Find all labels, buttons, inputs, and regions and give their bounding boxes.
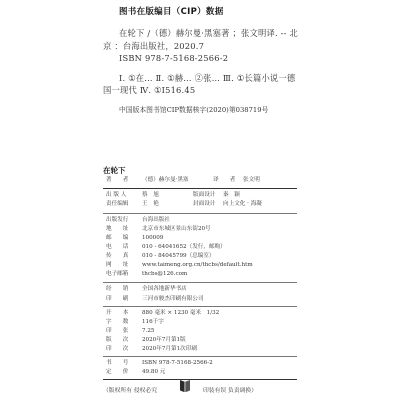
phone-label: 电 话 xyxy=(106,243,142,252)
cip-core-number: 中国版本图书馆CIP数据核字(2020)第038719号 xyxy=(119,104,268,114)
printing-value: 2020年7月第1次印刷 xyxy=(142,345,197,354)
distributor-row: 经 销全国各地新华书店 xyxy=(106,285,187,294)
distributor-value: 全国各地新华书店 xyxy=(142,285,187,294)
price-row: 定 价49.80 元 xyxy=(106,368,165,377)
address-label: 地 址 xyxy=(106,225,142,234)
address-row: 地 址北京市东城区景山东街20号 xyxy=(106,225,211,234)
editor-value: 王 艳 xyxy=(142,200,159,209)
isbn-label: 书 号 xyxy=(106,359,142,368)
price-label: 定 价 xyxy=(106,368,142,377)
translator-label: 译 者 xyxy=(213,176,243,185)
publishing-row: 出版发行台海出版社 xyxy=(106,216,170,225)
cover-design-label: 封面设计 xyxy=(193,200,223,209)
staff-row-1: 出 版 人蔡 旭 版面设计秦 颖 xyxy=(106,191,159,200)
word-count-row: 字 数116千字 xyxy=(106,318,164,327)
cip-classification-line-1: Ⅰ. ①在… Ⅱ. ①赫… ②张… Ⅲ. ①长篇小说一德 xyxy=(119,72,295,84)
sheets-row: 印 张7.25 xyxy=(106,327,154,336)
editor-label: 责任编辑 xyxy=(106,200,142,209)
email-link[interactable]: thcbs@126.com xyxy=(142,270,187,279)
fax-row: 传 真010 - 84045799（总编室） xyxy=(106,252,215,261)
postcode-row: 邮 编100009 xyxy=(106,234,163,243)
misprint-notice: 印装有误 负责调换） xyxy=(203,385,257,394)
divider-4 xyxy=(103,356,297,357)
isbn-value: ISBN 978-7-5168-2566-2 xyxy=(142,359,213,368)
email-row: 电子邮箱thcbs@126.com xyxy=(106,270,187,279)
edition-value: 2020年7月第1版 xyxy=(142,336,186,345)
printer-label: 印 刷 xyxy=(106,295,142,304)
printer-row: 印 刷三河市骏杰印刷有限公司 xyxy=(106,295,204,304)
staff-row-2: 责任编辑王 艳 封面设计向上文化 · 海凝 xyxy=(106,200,159,209)
cip-classification-line-2: 国一现代 Ⅳ. ①I516.45 xyxy=(103,84,195,96)
format-label: 开 本 xyxy=(106,309,142,318)
author-value: （德）赫尔曼·黑塞 xyxy=(142,176,189,185)
publisher-label: 出 版 人 xyxy=(106,191,142,200)
divider-1 xyxy=(103,213,297,214)
credits-row: 著 者（德）赫尔曼·黑塞 译 者张文明 xyxy=(106,176,189,185)
publisher-logo-icon xyxy=(180,379,190,392)
translator-value: 张文明 xyxy=(243,177,260,183)
address-value: 北京市东城区景山东街20号 xyxy=(142,225,211,234)
distributor-label: 经 销 xyxy=(106,285,142,294)
edition-label: 版 次 xyxy=(106,336,142,345)
layout-design-value: 秦 颖 xyxy=(223,192,240,198)
author-label: 著 者 xyxy=(106,176,142,185)
cip-isbn: ISBN 978-7-5168-2566-2 xyxy=(119,53,228,63)
word-count-value: 116千字 xyxy=(142,318,164,327)
printing-label: 印 次 xyxy=(106,345,142,354)
publisher-value: 蔡 旭 xyxy=(142,191,159,200)
price-value: 49.80 元 xyxy=(142,368,165,377)
cip-entry-line-1: 在轮下 /（德）赫尔曼·黑塞著 ；张文明译. -- 北 xyxy=(119,27,298,39)
website-link[interactable]: www.taimeng.org.cn/thcbs/default.htm xyxy=(142,261,253,270)
publishing-value: 台海出版社 xyxy=(142,216,170,225)
website-label: 网 址 xyxy=(106,261,142,270)
book-title: 在轮下 xyxy=(103,165,126,176)
layout-design-label: 版面设计 xyxy=(193,191,223,200)
cover-design-value: 向上文化 · 海凝 xyxy=(223,201,262,207)
postcode-value: 100009 xyxy=(142,234,163,243)
word-count-label: 字 数 xyxy=(106,318,142,327)
format-row: 开 本880 毫米 × 1230 毫米 1/32 xyxy=(106,309,219,318)
isbn-row: 书 号ISBN 978-7-5168-2566-2 xyxy=(106,359,213,368)
edition-row: 版 次2020年7月第1版 xyxy=(106,336,186,345)
email-label: 电子邮箱 xyxy=(106,270,142,279)
phone-value: 010 - 64041652（发行，邮购） xyxy=(142,243,226,252)
format-value: 880 毫米 × 1230 毫米 1/32 xyxy=(142,309,219,318)
divider-3 xyxy=(103,306,297,307)
fax-label: 传 真 xyxy=(106,252,142,261)
website-row: 网 址www.taimeng.org.cn/thcbs/default.htm xyxy=(106,261,253,270)
printing-row: 印 次2020年7月第1次印刷 xyxy=(106,345,197,354)
sheets-label: 印 张 xyxy=(106,327,142,336)
sheets-value: 7.25 xyxy=(142,327,154,336)
divider-thick-top xyxy=(103,188,297,189)
divider-2 xyxy=(103,282,297,283)
cip-heading: 图书在版编目（CIP）数据 xyxy=(119,5,224,17)
publishing-label: 出版发行 xyxy=(106,216,142,225)
fax-value: 010 - 84045799（总编室） xyxy=(142,252,215,261)
printer-value: 三河市骏杰印刷有限公司 xyxy=(142,295,204,304)
divider-thick-bottom xyxy=(103,379,297,380)
postcode-label: 邮 编 xyxy=(106,234,142,243)
phone-row: 电 话010 - 64041652（发行，邮购） xyxy=(106,243,226,252)
copyright-notice: （版权所有 侵权必究 xyxy=(103,385,157,394)
cip-entry-line-2: 京 ：台海出版社，2020.7 xyxy=(103,40,204,52)
